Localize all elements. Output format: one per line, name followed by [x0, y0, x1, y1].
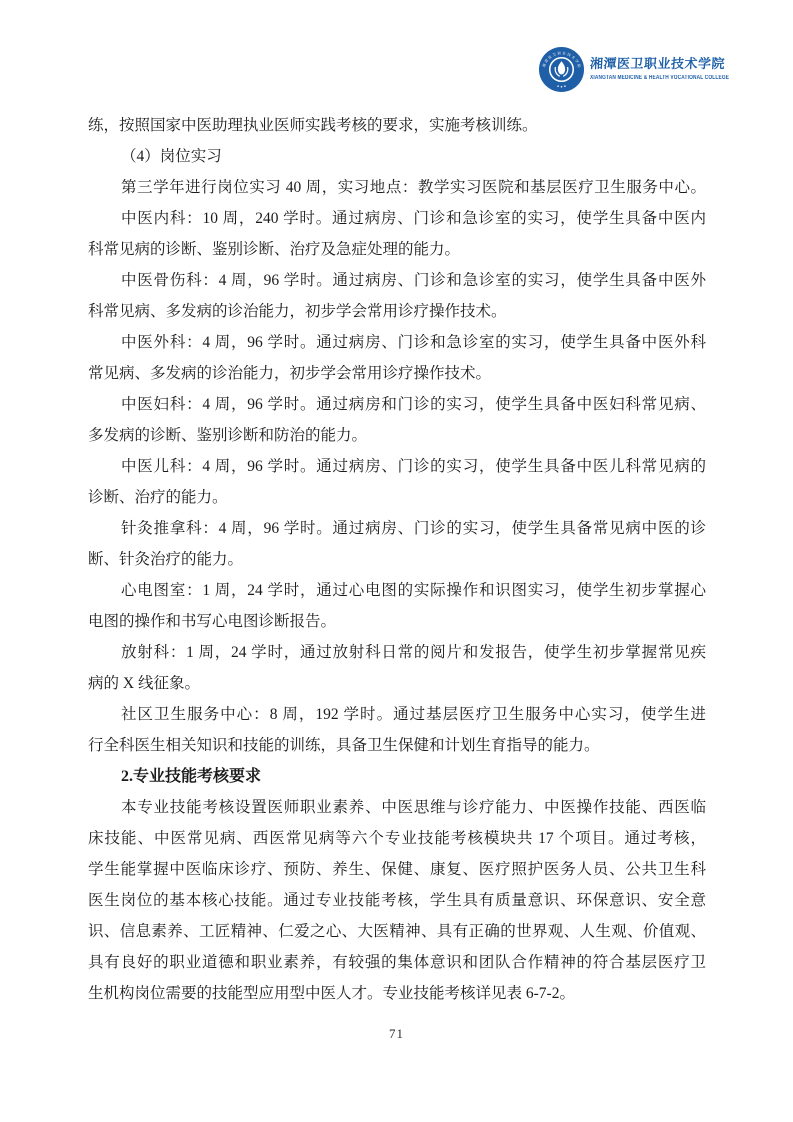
page-number: 71 — [0, 1026, 793, 1042]
text-line: 练，按照国家中医助理执业医师实践考核的要求，实施考核训练。 — [88, 110, 706, 141]
text-line: 2.专业技能考核要求 — [88, 761, 706, 792]
text-line: 常见病、多发病的诊治能力，初步学会常用诊疗操作技术。 — [88, 358, 706, 389]
college-name-zh: 湘潭医卫职业技术学院 — [590, 55, 765, 72]
college-name-block: 湘潭医卫职业技术学院 XIANGTAN MEDICINE & HEALTH VO… — [590, 46, 764, 82]
text-line: 电图的操作和书写心电图诊断报告。 — [88, 606, 706, 637]
text-line: 中医妇科：4 周，96 学时。通过病房和门诊的实习，使学生具备中医妇科常见病、 — [88, 389, 706, 420]
text-line: 本专业技能考核设置医师职业素养、中医思维与诊疗能力、中医操作技能、西医临 — [88, 792, 706, 823]
college-header: 湘潭医卫职业技术学院 湘潭医卫职业技术学院 XIANGTAN MEDICINE … — [538, 46, 764, 93]
text-line: 中医内科：10 周，240 学时。通过病房、门诊和急诊室的实习，使学生具备中医内 — [88, 203, 706, 234]
college-logo-icon: 湘潭医卫职业技术学院 — [538, 46, 585, 93]
text-line: 多发病的诊断、鉴别诊断和防治的能力。 — [88, 420, 706, 451]
text-line: 具有良好的职业道德和职业素养，有较强的集体意识和团队合作精神的符合基层医疗卫 — [88, 947, 706, 978]
text-line: 床技能、中医常见病、西医常见病等六个专业技能考核模块共 17 个项目。通过考核， — [88, 823, 706, 854]
text-line: 社区卫生服务中心：8 周，192 学时。通过基层医疗卫生服务中心实习，使学生进 — [88, 699, 706, 730]
text-line: 医生岗位的基本核心技能。通过专业技能考核，学生具有质量意识、环保意识、安全意 — [88, 885, 706, 916]
body-text: 练，按照国家中医助理执业医师实践考核的要求，实施考核训练。（4）岗位实习第三学年… — [88, 110, 706, 1009]
text-line: 科常见病的诊断、鉴别诊断、治疗及急症处理的能力。 — [88, 234, 706, 265]
text-line: 断、针灸治疗的能力。 — [88, 544, 706, 575]
text-line: 放射科：1 周，24 学时，通过放射科日常的阅片和发报告，使学生初步掌握常见疾 — [88, 637, 706, 668]
text-line: 行全科医生相关知识和技能的训练，具备卫生保健和计划生育指导的能力。 — [88, 730, 706, 761]
text-line: 学生能掌握中医临床诊疗、预防、养生、保健、康复、医疗照护医务人员、公共卫生科 — [88, 854, 706, 885]
text-line: （4）岗位实习 — [88, 141, 706, 172]
text-line: 第三学年进行岗位实习 40 周，实习地点：教学实习医院和基层医疗卫生服务中心。 — [88, 172, 706, 203]
text-line: 心电图室：1 周，24 学时，通过心电图的实际操作和识图实习，使学生初步掌握心 — [88, 575, 706, 606]
text-line: 中医外科：4 周，96 学时。通过病房、门诊和急诊室的实习，使学生具备中医外科 — [88, 327, 706, 358]
text-line: 病的 X 线征象。 — [88, 668, 706, 699]
text-line: 科常见病、多发病的诊治能力，初步学会常用诊疗操作技术。 — [88, 296, 706, 327]
text-line: 诊断、治疗的能力。 — [88, 482, 706, 513]
college-name-en: XIANGTAN MEDICINE & HEALTH VOCATIONAL CO… — [590, 74, 729, 82]
document-page: 湘潭医卫职业技术学院 湘潭医卫职业技术学院 XIANGTAN MEDICINE … — [0, 0, 793, 1122]
text-line: 针灸推拿科：4 周，96 学时。通过病房、门诊的实习，使学生具备常见病中医的诊 — [88, 513, 706, 544]
text-line: 生机构岗位需要的技能型应用型中医人才。专业技能考核详见表 6-7-2。 — [88, 978, 706, 1009]
text-line: 识、信息素养、工匠精神、仁爱之心、大医精神、具有正确的世界观、人生观、价值观、 — [88, 916, 706, 947]
text-line: 中医儿科：4 周，96 学时。通过病房、门诊的实习，使学生具备中医儿科常见病的 — [88, 451, 706, 482]
text-line: 中医骨伤科：4 周，96 学时。通过病房、门诊和急诊室的实习，使学生具备中医外 — [88, 265, 706, 296]
